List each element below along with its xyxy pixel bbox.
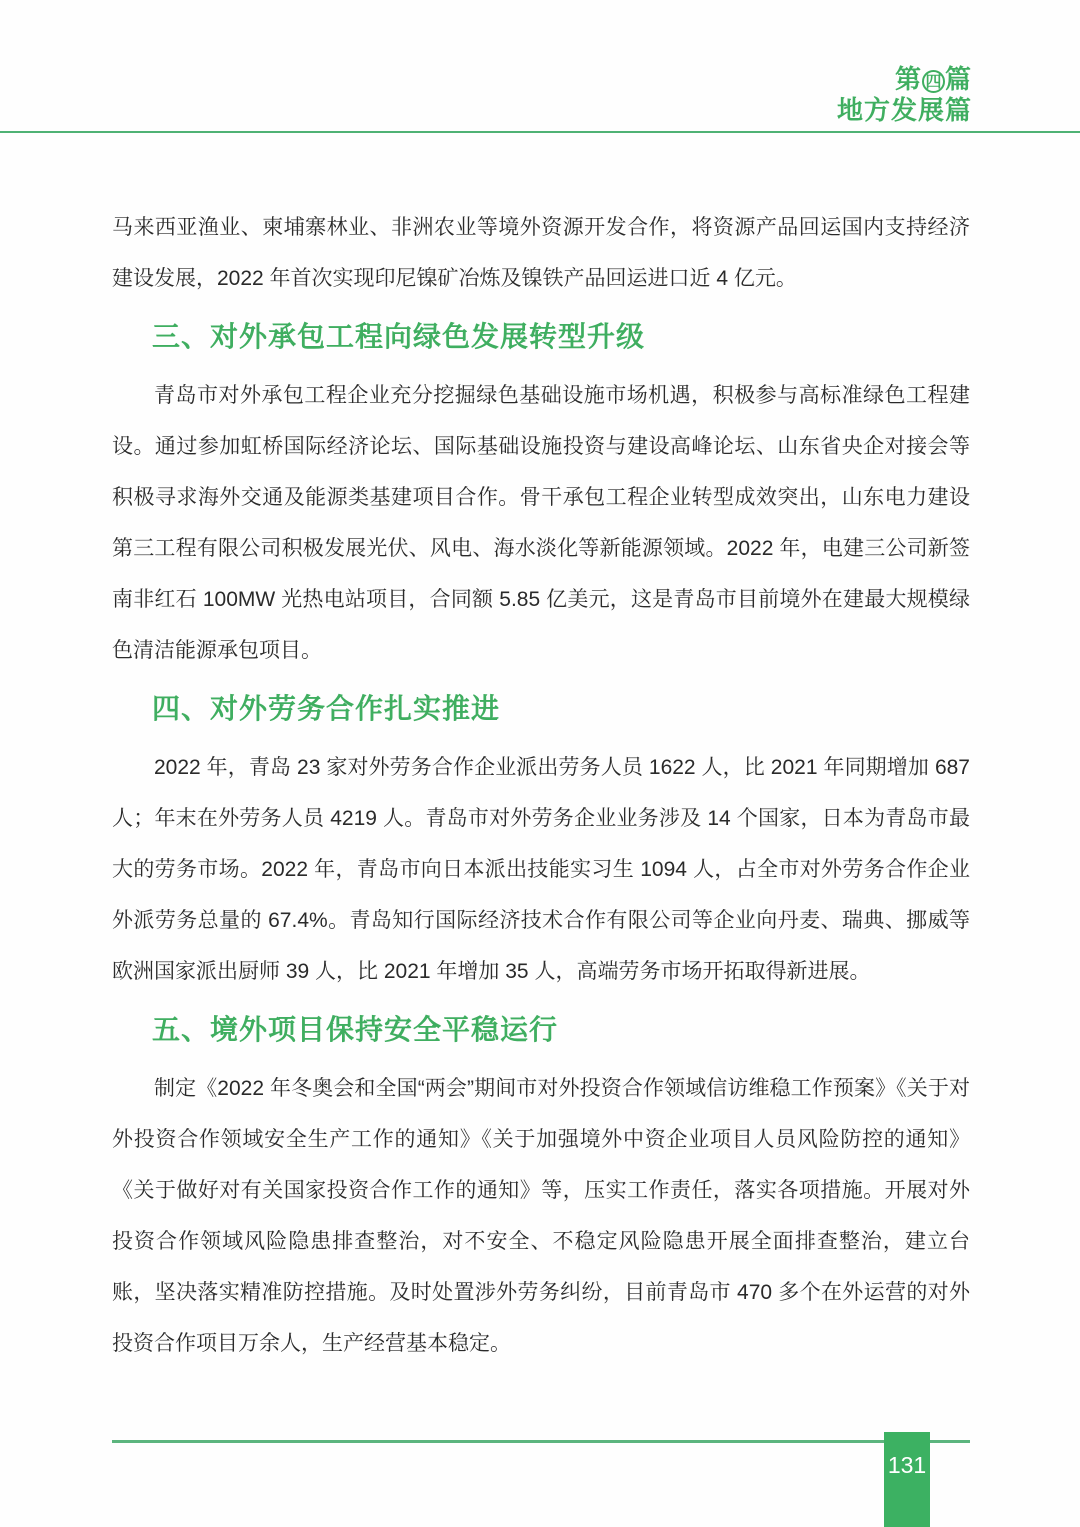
body-paragraph: 制定《2022 年冬奥会和全国“两会”期间市对外投资合作领域信访维稳工作预案》《… — [112, 1063, 970, 1369]
circled-four-icon: 四 — [922, 70, 945, 93]
header-part-title: 地方发展篇 — [837, 95, 972, 126]
section-heading: 三、对外承包工程向绿色发展转型升级 — [112, 320, 970, 354]
page-number-badge: 131 — [884, 1432, 930, 1527]
body-paragraph: 2022 年，青岛 23 家对外劳务合作企业派出劳务人员 1622 人，比 20… — [112, 742, 970, 997]
page-header: 第四篇 地方发展篇 — [837, 64, 972, 126]
section-heading: 五、境外项目保持安全平稳运行 — [112, 1013, 970, 1047]
document-page: 第四篇 地方发展篇 马来西亚渔业、柬埔寨林业、非洲农业等境外资源开发合作，将资源… — [0, 0, 1080, 1527]
body-paragraph: 马来西亚渔业、柬埔寨林业、非洲农业等境外资源开发合作，将资源产品回运国内支持经济… — [112, 202, 970, 304]
section-heading: 四、对外劳务合作扎实推进 — [112, 692, 970, 726]
footer-divider-line — [112, 1440, 970, 1443]
header-part-suffix: 篇 — [945, 64, 972, 94]
header-divider-line — [0, 131, 1080, 133]
header-part-prefix: 第 — [895, 64, 922, 94]
document-body: 马来西亚渔业、柬埔寨林业、非洲农业等境外资源开发合作，将资源产品回运国内支持经济… — [112, 202, 970, 1369]
header-part-label: 第四篇 — [837, 64, 972, 95]
body-paragraph: 青岛市对外承包工程企业充分挖掘绿色基础设施市场机遇，积极参与高标准绿色工程建设。… — [112, 370, 970, 676]
